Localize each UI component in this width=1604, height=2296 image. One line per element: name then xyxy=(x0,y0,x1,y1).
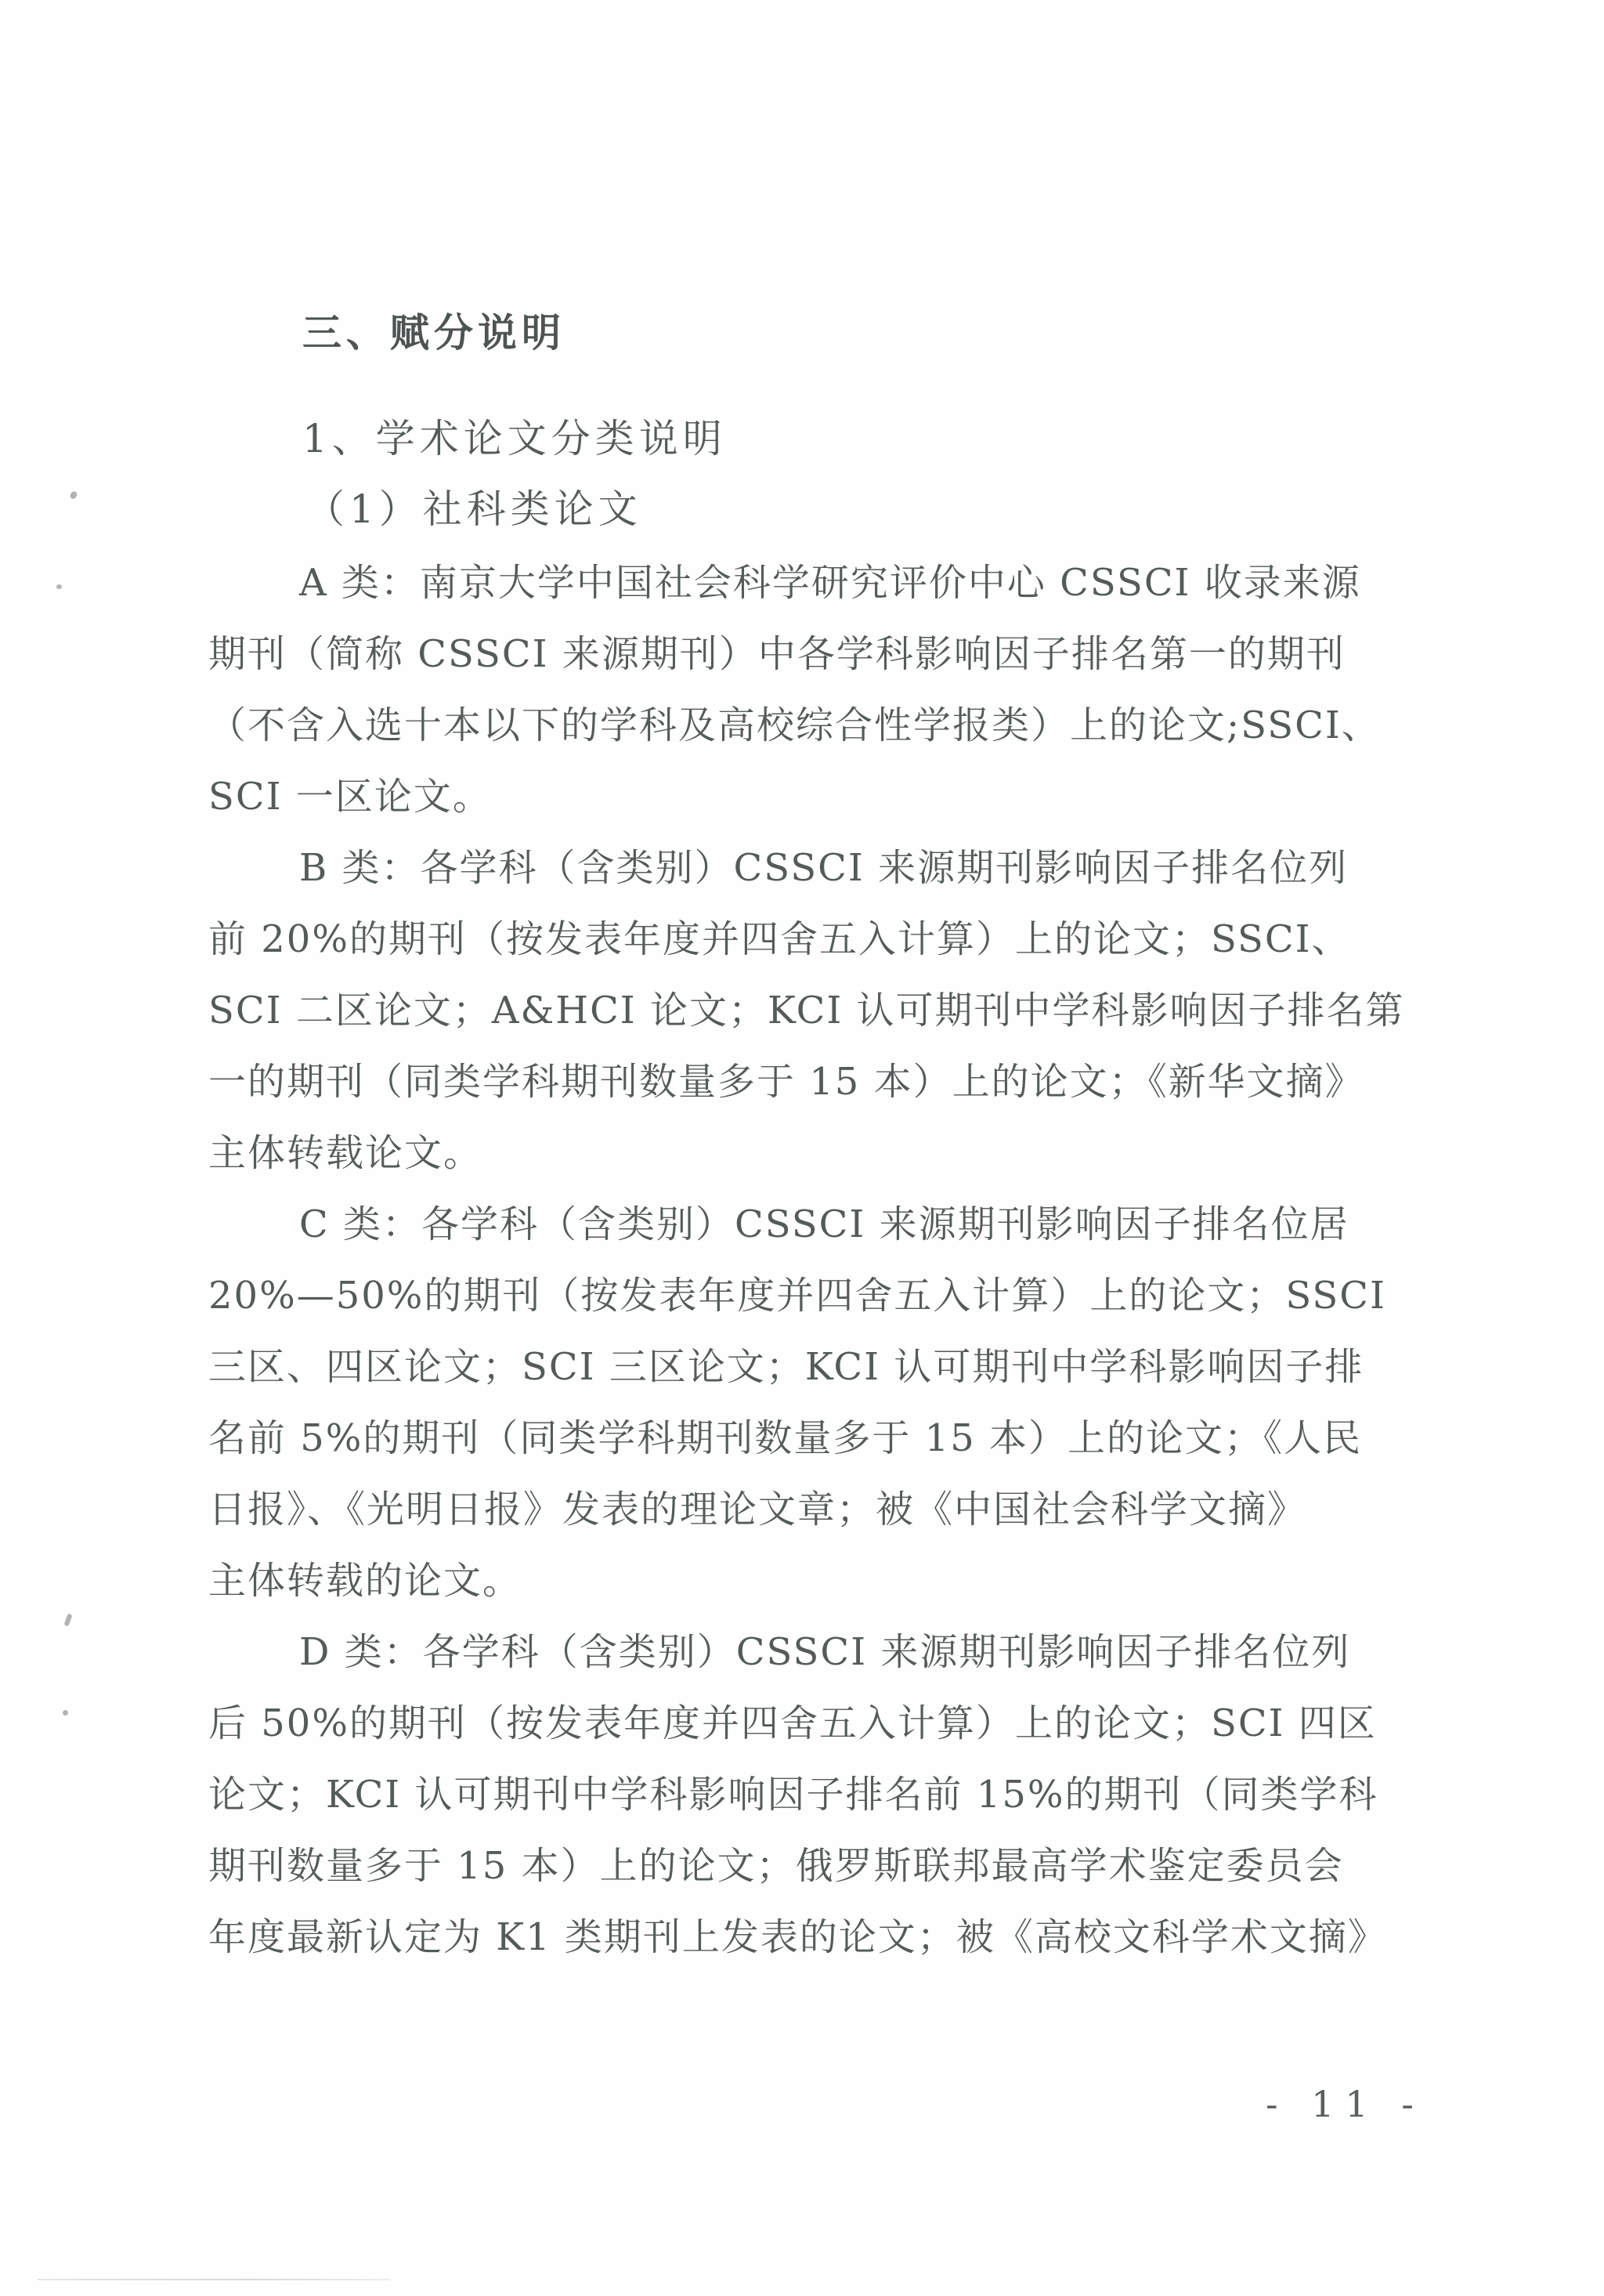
paragraph-category-a: A 类：南京大学中国社会科学研究评价中心 CSSCI 收录来源 期刊（简称 CS… xyxy=(208,555,1430,840)
paragraph-line: 期刊数量多于 15 本）上的论文；俄罗斯联邦最高学术鉴定委员会 xyxy=(208,1838,1430,1909)
scan-artifact-mark xyxy=(56,584,62,589)
paragraph-line: C 类：各学科（含类别）CSSCI 来源期刊影响因子排名位居 xyxy=(208,1196,1430,1267)
paragraph-line: SCI 一区论文。 xyxy=(208,768,1430,840)
document-page: 三、赋分说明 1、学术论文分类说明 （1）社科类论文 A 类：南京大学中国社会科… xyxy=(0,0,1604,2296)
paragraph-line: 三区、四区论文；SCI 三区论文；KCI 认可期刊中学科影响因子排 xyxy=(208,1339,1430,1410)
paragraph-line: B 类：各学科（含类别）CSSCI 来源期刊影响因子排名位列 xyxy=(208,840,1430,911)
paragraph-line: 后 50%的期刊（按发表年度并四舍五入计算）上的论文；SCI 四区 xyxy=(208,1695,1430,1766)
paragraph-category-c: C 类：各学科（含类别）CSSCI 来源期刊影响因子排名位居 20%—50%的期… xyxy=(208,1196,1430,1624)
paragraph-line: D 类：各学科（含类别）CSSCI 来源期刊影响因子排名位列 xyxy=(208,1624,1430,1695)
body-text: A 类：南京大学中国社会科学研究评价中心 CSSCI 收录来源 期刊（简称 CS… xyxy=(208,555,1430,1980)
section-heading: 三、赋分说明 xyxy=(302,307,565,359)
scan-artifact-mark xyxy=(63,1613,72,1626)
paragraph-line: 主体转载的论文。 xyxy=(208,1553,1430,1624)
paragraph-line: 主体转载论文。 xyxy=(208,1125,1430,1196)
category-heading: （1）社科类论文 xyxy=(305,483,642,535)
paragraph-line: 期刊（简称 CSSCI 来源期刊）中各学科影响因子排名第一的期刊 xyxy=(208,626,1430,697)
paragraph-line: 前 20%的期刊（按发表年度并四舍五入计算）上的论文；SSCI、 xyxy=(208,911,1430,982)
scan-edge-line xyxy=(38,2279,390,2280)
paragraph-line: 名前 5%的期刊（同类学科期刊数量多于 15 本）上的论文；《人民 xyxy=(208,1410,1430,1481)
scan-artifact-mark xyxy=(63,1710,68,1716)
paragraph-line: （不含入选十本以下的学科及高校综合性学报类）上的论文;SSCI、 xyxy=(208,697,1430,768)
paragraph-line: 年度最新认定为 K1 类期刊上发表的论文；被《高校文科学术文摘》 xyxy=(208,1909,1430,1980)
paragraph-line: 日报》、《光明日报》发表的理论文章；被《中国社会科学文摘》 xyxy=(208,1481,1430,1553)
subsection-heading: 1、学术论文分类说明 xyxy=(302,413,727,465)
paragraph-line: A 类：南京大学中国社会科学研究评价中心 CSSCI 收录来源 xyxy=(208,555,1430,626)
paragraph-line: SCI 二区论文；A&HCI 论文；KCI 认可期刊中学科影响因子排名第 xyxy=(208,982,1430,1054)
paragraph-category-b: B 类：各学科（含类别）CSSCI 来源期刊影响因子排名位列 前 20%的期刊（… xyxy=(208,840,1430,1196)
page-number: - 11 - xyxy=(1266,2081,1425,2128)
scan-artifact-mark xyxy=(69,490,78,501)
paragraph-line: 一的期刊（同类学科期刊数量多于 15 本）上的论文；《新华文摘》 xyxy=(208,1054,1430,1125)
paragraph-line: 20%—50%的期刊（按发表年度并四舍五入计算）上的论文；SSCI xyxy=(208,1267,1430,1339)
paragraph-category-d: D 类：各学科（含类别）CSSCI 来源期刊影响因子排名位列 后 50%的期刊（… xyxy=(208,1624,1430,1980)
paragraph-line: 论文；KCI 认可期刊中学科影响因子排名前 15%的期刊（同类学科 xyxy=(208,1766,1430,1838)
